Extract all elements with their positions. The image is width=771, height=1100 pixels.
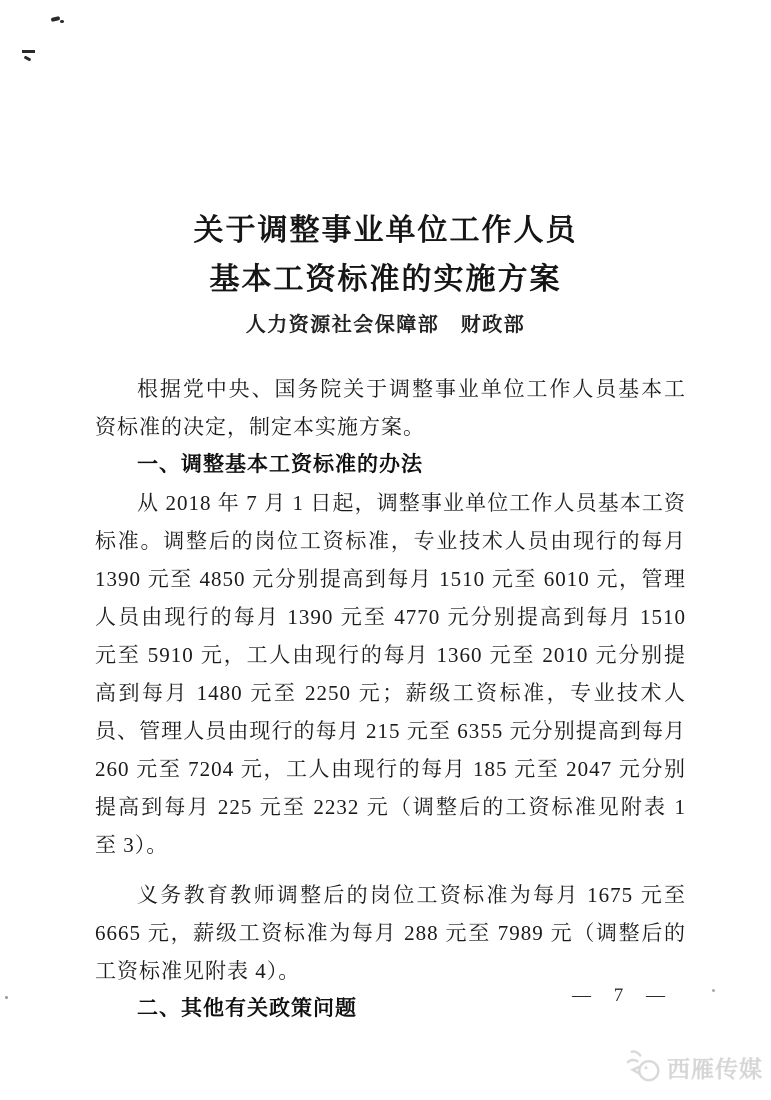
paragraph-intro: 根据党中央、国务院关于调整事业单位工作人员基本工资标准的决定，制定本实施方案。 <box>95 370 686 446</box>
issuing-authorities: 人力资源社会保障部 财政部 <box>0 308 771 337</box>
scan-artifact <box>51 16 61 22</box>
scan-artifact <box>712 989 715 992</box>
section-heading-1: 一、调整基本工资标准的办法 <box>95 446 686 484</box>
watermark-label: 西雁传媒 <box>667 1051 763 1084</box>
scan-artifact <box>22 50 35 53</box>
title-line-2: 基本工资标准的实施方案 <box>0 255 771 304</box>
document-body: 根据党中央、国务院关于调整事业单位工作人员基本工资标准的决定，制定本实施方案。 … <box>95 370 686 1028</box>
scanned-document-page: 关于调整事业单位工作人员 基本工资标准的实施方案 人力资源社会保障部 财政部 根… <box>0 0 771 1100</box>
scan-artifact <box>5 996 8 999</box>
scan-artifact <box>60 20 64 23</box>
document-title: 关于调整事业单位工作人员 基本工资标准的实施方案 <box>0 206 771 304</box>
paragraph-teachers: 义务教育教师调整后的岗位工资标准为每月 1675 元至 6665 元，薪级工资标… <box>95 876 686 990</box>
watermark: 西雁传媒 <box>626 1046 763 1089</box>
title-line-1: 关于调整事业单位工作人员 <box>0 206 771 255</box>
paragraph-wage-adjustment: 从 2018 年 7 月 1 日起，调整事业单位工作人员基本工资标准。调整后的岗… <box>95 484 686 864</box>
page-number: — 7 — <box>572 985 674 1007</box>
bird-logo-icon <box>626 1046 664 1089</box>
scan-artifact <box>24 56 32 62</box>
